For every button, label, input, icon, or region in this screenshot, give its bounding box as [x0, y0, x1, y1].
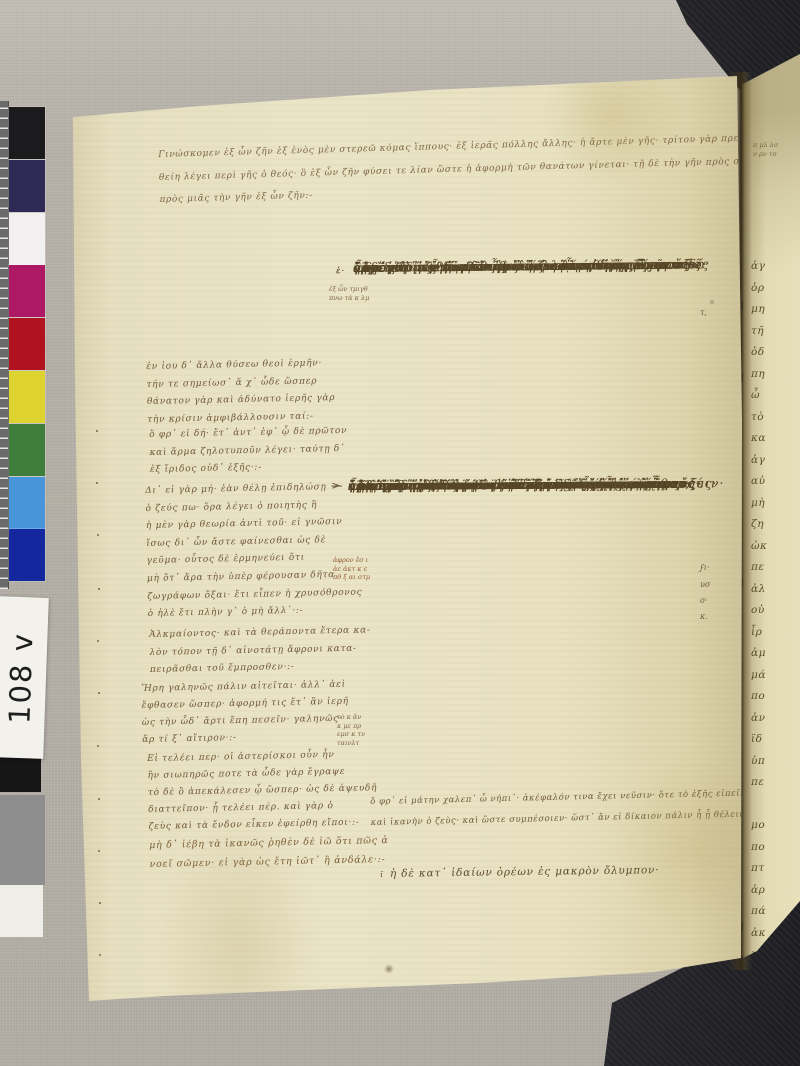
critical-sign: –: [331, 476, 338, 496]
left-margin-scholion-2: ὅ φρ᾽ εἰ δή· ἔτ᾽ ἀντ᾽ ἐφ᾽ ᾧ δὲ πρῶτονκαὶ…: [149, 423, 348, 480]
recto-line: ὁδ: [751, 342, 800, 364]
grayscale-patch: [0, 885, 43, 937]
left-margin-scholion-4: Ἀλκμαίοντος· καὶ τὰ θεράποντα ἕτερα κα-λ…: [149, 622, 371, 679]
scholion-line: τήν τε σημείωσ᾽ ἅ χ᾽ ὧδε ὥσπερ: [146, 373, 335, 395]
bottom-scholion: ὅ φρ᾽ εἰ μάτην χαλεπ᾽ ὦ νήπι᾽· ἀκέφαλόν …: [370, 782, 800, 834]
critical-sign: ἑ·: [336, 260, 345, 281]
recto-line: πο: [751, 686, 800, 708]
line-text: ὣς ἔφατ᾽. ὦρτο δὲ ἶρις ἀελλόπος ἀγγελέου…: [353, 253, 691, 278]
recto-line: μὴ: [751, 493, 800, 515]
recto-line: πη: [751, 364, 800, 386]
line-text: σ·: [700, 596, 708, 605]
color-patch: [9, 160, 45, 212]
color-patch: [9, 213, 45, 265]
scholion-line: ἔφθασεν ὥσπερ· ἀφορμή τις ἔτ᾽ ἂν ἱερῆ: [141, 694, 349, 715]
critical-sign: —: [331, 476, 343, 496]
scholion-line: λὸν τόπον τῇ δ᾽ αἰνοτάτῃ ἄφρονι κατα-: [149, 640, 371, 662]
interlinear-micro-note-2: ἀφρον ἔσ ιἀε ἀκτ κ επθ ξ αι στμ: [333, 556, 370, 582]
scholion-line: Γινώσκομεν ἐξ ὧν ζῆν ἐξ ἑνὸς μὲν στερεῶ …: [158, 128, 733, 167]
interlinear-micro-note-1: ἐξ ὧν τμιγθπνω τὰ κ λμ: [329, 285, 369, 302]
supplied-verse-mark: ϊ: [380, 870, 384, 879]
recto-line: αὐ: [751, 471, 800, 493]
recto-line: ζη: [751, 514, 800, 536]
recto-line: ἀλ: [751, 579, 800, 601]
scholion-line: καὶ ἅρμα ζηλοτυποῦν λέγει· ταύτῃ δ᾽: [149, 440, 347, 462]
scholion-line: Ἀλκμαίοντος· καὶ τὰ θεράποντα ἕτερα κα-: [149, 622, 371, 644]
line-text: ἀλλὰ σύγ᾽ αἰνοτάτη. κύον ἀδδεές. ᾗ ἐτεόν…: [348, 474, 685, 497]
scholion-line: καὶ ἱκανὴν ὁ ζεὺς· καὶ ὥστε συμπέσοιεν· …: [370, 803, 800, 834]
line-text: ἥρῃ δ᾽ οὔτι τόσον νεμεσίζομαι οὐδὲ χολοῦ…: [353, 253, 693, 278]
recto-line: μά: [751, 665, 800, 687]
scholion-line: ἄρ τί ξ᾽ αἴτιρον·:-: [142, 728, 350, 749]
line-text: ἕλκε᾽ ἀπαλθήσεσθον. ἅ κεν μάρπτῃσι κεραυ…: [348, 474, 702, 497]
scholion-line: διαττεῖπον· ᾗ τελέει πέρ. καὶ γὰρ ὁ: [148, 797, 378, 819]
recto-line: μη: [751, 299, 800, 321]
micro-note-line: τὸ κ ἄν: [337, 713, 365, 722]
line-text: ὄφρ᾽ εἰδῇς γλαυκῶπι ὅτ᾽ ἂν σῷ πατρὶ μάχη…: [348, 474, 686, 497]
critical-sign: ἑ·: [336, 260, 345, 281]
scholion-line: ὅ φρ᾽ εἰ δή· ἔτ᾽ ἀντ᾽ ἐφ᾽ ᾧ δὲ πρῶτον: [149, 423, 347, 445]
recto-line: ἶρ: [751, 622, 800, 644]
line-text: κ.: [700, 612, 708, 621]
grayscale-patch: [0, 795, 45, 885]
line-text: ὧδε γὰρ ἠπείλησε κρόνου παῖς. ᾗ τελέει π…: [348, 474, 677, 497]
scholion-line: Ἥρη γαληνῶς πάλιν αἰτεῖται· ἀλλ᾽ ἀεὶ: [141, 677, 349, 698]
recto-line: τὸ: [751, 407, 800, 429]
critical-sign: —: [331, 476, 343, 496]
scholion-line: ζεὺς καὶ τὰ ἔνδον εἶκεν ἐφείρθη εἴποι·:-: [148, 814, 378, 836]
micro-note-line: κ με πρ: [337, 722, 365, 731]
micro-note-line: ἀφρον ἔσ ι: [333, 556, 370, 565]
top-marginal-scholion: Γινώσκομεν ἐξ ὧν ζῆν ἐξ ἑνὸς μὲν στερεῶ …: [158, 128, 735, 212]
micro-note-line: πθ ξ αι στμ: [333, 573, 370, 582]
manuscript-photo: π μλ λσν ρν τσ ἀγὀρμητῆὁδπηὦτὸκαἀγαὐμὴζη…: [0, 0, 800, 1066]
scholion-line: πρὸς μιᾶς τὴν γῆν ἐξ ὧν ζῆν:-: [159, 173, 734, 212]
line-text: ἀντομένη κατέρυκε. διὸς δέ σφ᾽ ἔννεπε μῦ…: [348, 474, 691, 497]
scholion-line: ἐξ ἴριδος οὐδ᾽ ἐξῆς·:-: [150, 458, 348, 480]
line-text: ἔρχεσθ᾽· οὐ γὰρ καλὰ συνοισόμεθα πτόλεμο…: [353, 253, 710, 278]
recto-line: ἀγ: [751, 450, 800, 472]
line-text: τολμήσεις διὸς ἄντα πελώριον ἔγχος ἀεῖρα…: [348, 474, 675, 497]
recto-line: κα: [751, 428, 800, 450]
color-patch: [9, 107, 45, 159]
scholion-line: ὁ ἡλὲ ἔτι πλὴν γ᾽ ὁ μὴ ἄλλ᾽·:-: [148, 602, 363, 624]
critical-sign: —: [331, 476, 343, 496]
line-text: ὄφρ᾽ εἰδῇ γλαυκῶπις ὅτ᾽ ἂν ᾧ πατρὶ μάχητ…: [353, 253, 689, 278]
color-patch: [9, 424, 45, 476]
recto-line: μο: [751, 815, 800, 837]
line-text: αἰεὶ γάρ οἱ ἔωθεν ἐνικλᾶν ὅττι νοήσῃ·: [348, 474, 629, 496]
micro-note-line: ἐξ ὧν τμιγθ: [329, 285, 369, 294]
recto-line: ἁμ: [751, 643, 800, 665]
micro-note-line: εμσ κ τν: [337, 730, 365, 739]
scholion-line: ἡ μὲν γὰρ θεωρία ἀντὶ τοῦ· εἰ γνῶσιν: [146, 514, 361, 536]
scholion-line: ἴσως δι᾽ ὧν ἄστε φαίνεσθαι ὡς δὲ: [146, 531, 361, 553]
line-text: γυιώσω μέν σφῶϊν ὑφ᾽ ἅρμασιν ὠκέας ἵππου…: [353, 253, 694, 278]
color-patch: [9, 477, 45, 529]
color-patch: [9, 371, 45, 423]
line-text: ἥρῃ δ᾽ οὔτι τόσον νεμεσίζεται. οὐδὲ χολο…: [348, 474, 690, 497]
scholion-line: μὴ ὅτ᾽ ἄρα τὴν ὑπὲρ φέρουσαν δῆτα: [147, 566, 362, 588]
recto-line: ὠκ: [751, 536, 800, 558]
recto-line: ὦ: [751, 385, 800, 407]
line-text: οὐδέ κεν ἐς δεκάτοις περιτελλομένοις ἐνι…: [353, 253, 709, 278]
line-text: πῇ μέματον; τί σφῶϊν ἐνὶ φρεσὶ μαίνεται …: [348, 474, 691, 497]
color-patch: [9, 529, 45, 581]
left-margin-scholion-6: Εἰ τελέει περ· οἱ ἀστερίσκοι οὖν ἦνἢν σι…: [147, 746, 378, 836]
scholion-line: τὴν κρίσιν ἀμφιβάλλουσιν ταί:-: [147, 408, 336, 430]
line-text: αἰεὶ γάρ μοι ἔωθεν ἐνικλᾶν ὅττι νοήσω·: [353, 254, 645, 278]
color-patch: [9, 265, 45, 317]
scholion-line: τὸ δὲ ὃ ἀπεκάλεσεν ᾧ ὥσπερ· ὡς δὲ ἀψευδῆ: [148, 780, 378, 802]
recto-line: [751, 794, 800, 816]
critical-sign: —: [331, 476, 343, 496]
scholion-line: ἐν ἰου δ᾽ ἄλλα θύσεω θεοὶ ἑρμῆν·: [146, 355, 335, 377]
recto-line: ὑπ: [751, 751, 800, 773]
critical-sign: —: [331, 476, 343, 496]
color-calibration-bar: [9, 107, 45, 585]
line-text: γυιώσειν μὲν σφῶϊν ὑφ᾽ ἅρμασιν ὠκέας ἵππ…: [348, 474, 700, 497]
recto-line: ἀν: [751, 708, 800, 730]
line-text: πρώτῃσιν δὲ πύλῃσι πολυπτύχου οὐλύμποιο·: [348, 474, 672, 497]
line-text: ἕλκε᾽ ἀπαλθήσεσθον. ἅ κεν μάρπτῃσι κεραυ…: [353, 253, 707, 278]
scholion-line: ἢν σιωπηρῶς ποτε τὰ ὧδε γὰρ ἔγραψε: [147, 763, 377, 785]
left-margin-scholion-7: μὴ δ᾽ ἰέβη τὰ ἱκανῶς ῥηθὲν δὲ ἰῶ ὅτι πῶς…: [149, 831, 389, 874]
scholion-line: ὁ ζεύς πω· ὅρα λέγει ὁ ποιητὴς ἢ: [145, 496, 360, 518]
scholion-line: ζωγράφων ὄξαι· ἔτι εἶπεν ἡ χρυσόθρονος: [147, 584, 362, 606]
line-text: υσ: [700, 580, 710, 589]
scholion-line: ὅ φρ᾽ εἰ μάτην χαλεπ᾽ ὦ νήπι᾽· ἀκέφαλόν …: [370, 782, 800, 813]
folio-number-label: 108 v: [2, 631, 39, 724]
recto-text-fragments: ἀγὀρμητῆὁδπηὦτὸκαἀγαὐμὴζηὠκπεἀλοὐἶρἁμμάπ…: [751, 256, 800, 966]
line-text: ϝι·: [700, 563, 709, 572]
line-text: οὐδέ κεν ἐς δεκάτους περιτελλομένους ἐνι…: [348, 473, 717, 496]
recto-line: τῆ: [751, 321, 800, 343]
scholion-line: ὡς τὴν ὧδ᾽ ἄρτι ἔπη πεσεῖν· γαληνῶς·: [142, 711, 350, 732]
line-text: οὐκ ἐάᾳ κρονίδης ἐπαμυνέμεν ἀργείοισιν·: [348, 474, 656, 496]
line-text: αὐτὰς δ᾽ ἐκ δίφρου βαλέω. κατά τ᾽ ἅρματα…: [353, 253, 708, 278]
left-margin-scholion-3: Δι᾽ εἰ γὰρ μή· ἐὰν θέλῃ ἐπιδηλώσῃὁ ζεύς …: [145, 478, 363, 623]
scholion-line: μὴ δ᾽ ἰέβη τὰ ἱκανῶς ῥηθὲν δὲ ἰῶ ὅτι πῶς…: [149, 831, 389, 855]
supplied-verse-text: ἡ δὲ κατ᾽ ἰδαίων ὀρέων ἐς μακρὸν ὄλυμπον…: [390, 864, 660, 880]
recto-line: ϊδ: [751, 729, 800, 751]
calibration-ruler: [0, 101, 9, 589]
scholion-line: θάνατον γὰρ καὶ ἀδύνατο ἱερῆς γὰρ: [147, 390, 336, 412]
scholion-line: γεῦμα· οὗτος δὲ ἑρμηνεύει ὅτι: [146, 549, 361, 571]
recto-line: ἁρ: [751, 880, 800, 902]
recto-line: οὐ: [751, 600, 800, 622]
recto-line: πο: [751, 837, 800, 859]
critical-sign: >: [331, 476, 341, 496]
color-patch: [9, 318, 45, 370]
line-text: ὧδε γὰρ ἐξερέω. ὥς καὶ τετελεσμένον ἔστα…: [353, 254, 681, 279]
scholion-line: πειρᾶσθαι τοῦ ἔμπροσθεν·:-: [150, 658, 372, 680]
manuscript-page-verso: Γινώσκομεν ἐξ ὧν ζῆν ἐξ ἑνὸς μὲν στερεῶ …: [0, 0, 800, 1066]
micro-note-line: ταινλτ: [337, 739, 365, 748]
line-text: τ,: [700, 308, 707, 317]
folio-number-card: 108 v: [0, 596, 49, 759]
micro-note-line: ἀε ἀκτ κ ε: [333, 565, 370, 574]
scholion-line: θείη λέγει περὶ γῆς ὁ θεός· ὃ ἐξ ὧν ζῆν …: [159, 150, 734, 189]
recto-line: ἀγ: [751, 256, 800, 278]
recto-note-line: ν ρν τσ: [753, 150, 778, 159]
critical-sign: ἑ·: [336, 260, 345, 281]
recto-line: πε: [751, 557, 800, 579]
recto-note-line: π μλ λσ: [753, 141, 778, 150]
scholion-line: Δι᾽ εἰ γὰρ μή· ἐὰν θέλῃ ἐπιδηλώσῃ: [145, 478, 360, 500]
left-margin-scholion-5: Ἥρη γαληνῶς πάλιν αἰτεῖται· ἀλλ᾽ ἀεὶἔφθα…: [141, 677, 350, 749]
recto-line: πτ: [751, 858, 800, 880]
left-margin-scholion-1: ἐν ἰου δ᾽ ἄλλα θύσεω θεοὶ ἑρμῆν·τήν τε σ…: [146, 355, 336, 429]
scholion-line: νοεῖ σῶμεν· εἰ γὰρ ὡς ἔτη ἰῶτ᾽ ἢ ἀνδάλε·…: [149, 850, 389, 874]
scholion-line: Εἰ τελέει περ· οἱ ἀστερίσκοι οὖν ἦν: [147, 746, 377, 768]
micro-note-line: πνω τὰ κ λμ: [329, 294, 369, 303]
critical-sign: —: [331, 476, 343, 496]
interlinear-micro-note-3: τὸ κ ἄνκ με πρεμσ κ τνταινλτ: [337, 713, 365, 747]
pricking-holes: [96, 430, 98, 432]
line-text: αὐτὰς δ᾽ ἐκ δίφρου βαλέειν. κατά τ᾽ ἅρμα…: [348, 473, 725, 496]
recto-marginal-note: π μλ λσν ρν τσ: [753, 141, 778, 158]
recto-line: ὀρ: [751, 278, 800, 300]
line-text: ἡ μὲν ἄρ᾽ ὣς εἰποῦσ᾽ ἀπέβη. πόδας ὠκέα ἶ…: [348, 474, 685, 497]
recto-line: πε: [751, 772, 800, 794]
supplied-verse-line: ϊἡ δὲ κατ᾽ ἰδαίων ὀρέων ἐς μακρὸν ὄλυμπο…: [380, 868, 390, 880]
